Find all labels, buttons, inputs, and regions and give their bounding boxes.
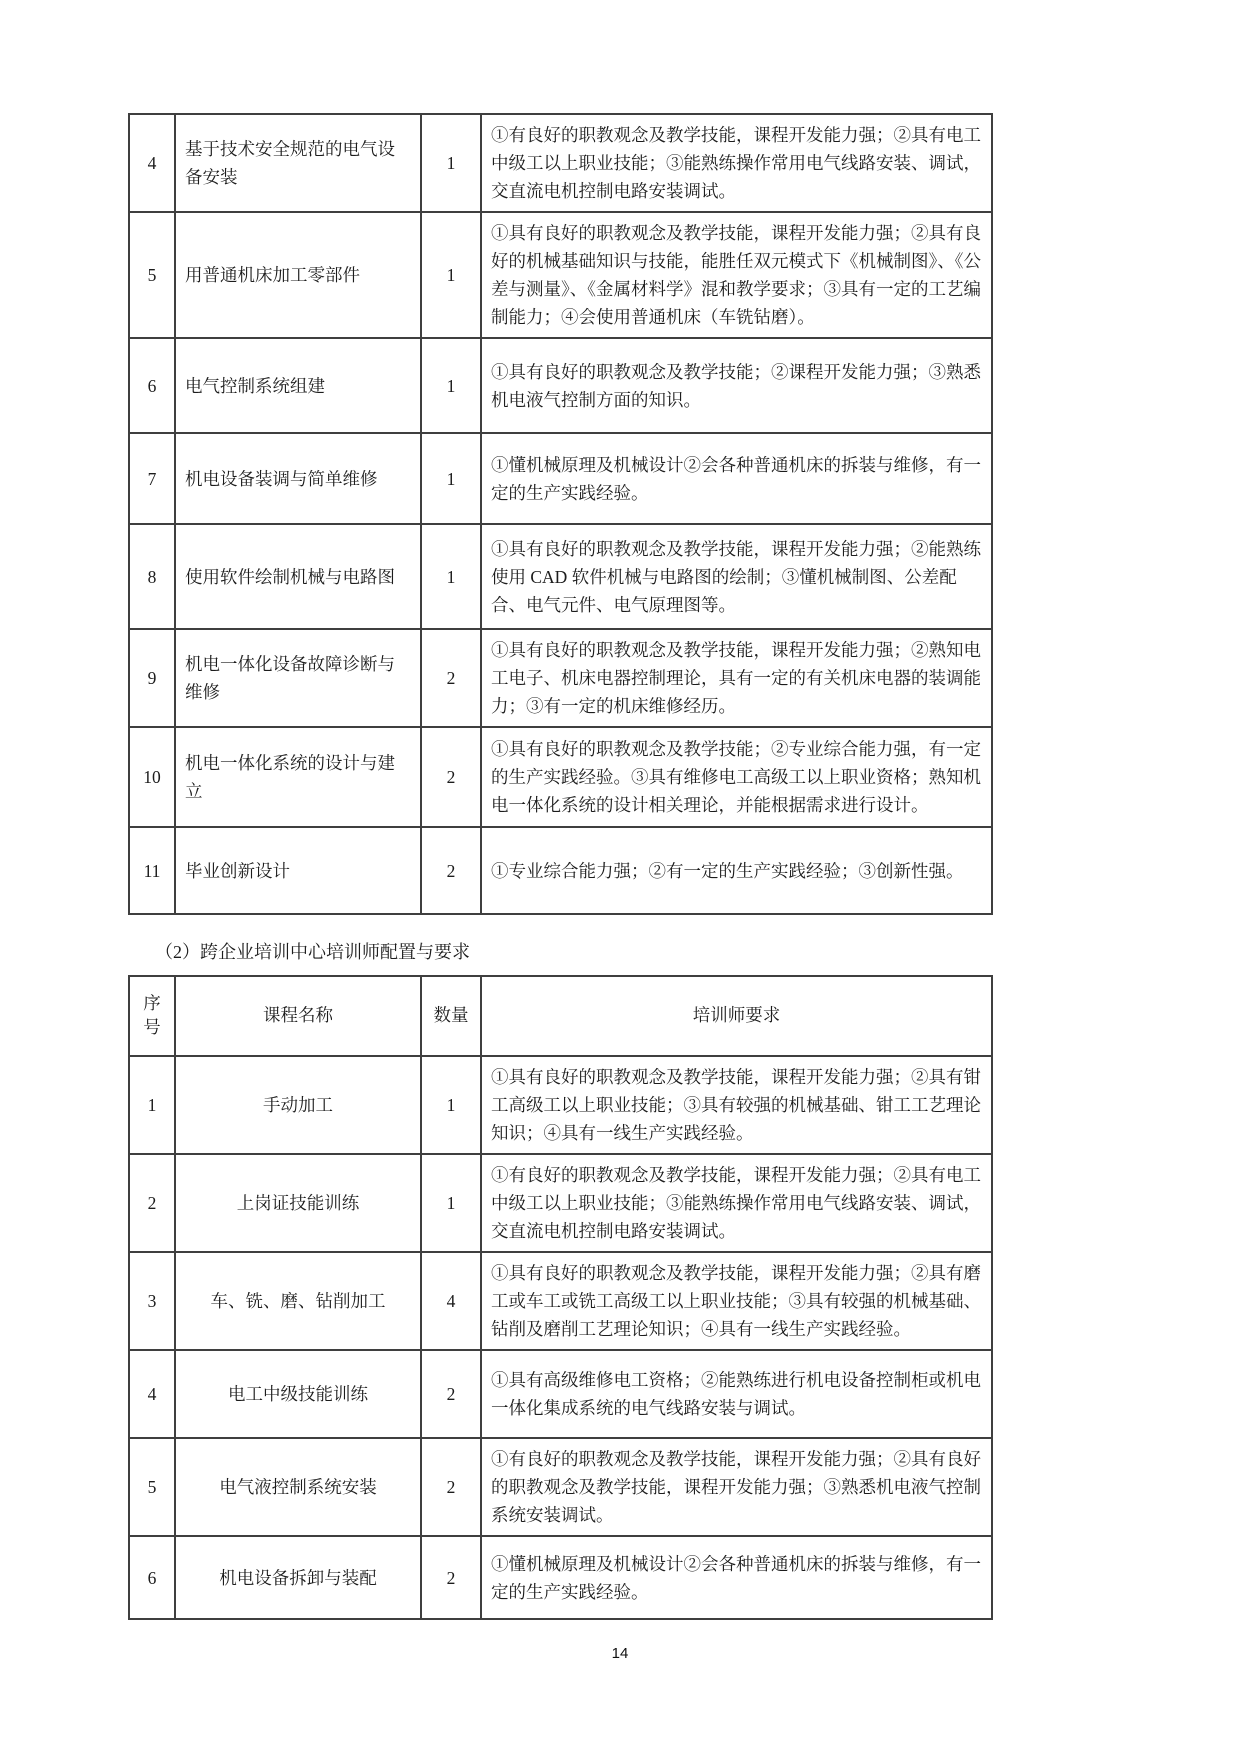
row-serial-number: 4 xyxy=(129,114,175,212)
course-name: 电工中级技能训练 xyxy=(175,1350,421,1438)
course-name: 机电设备拆卸与装配 xyxy=(175,1536,421,1619)
course-name: 上岗证技能训练 xyxy=(175,1154,421,1252)
trainer-requirements: ①具有良好的职教观念及教学技能；②专业综合能力强，有一定的生产实践经验。③具有维… xyxy=(481,727,992,827)
course-name: 机电一体化设备故障诊断与维修 xyxy=(175,629,421,727)
course-name: 车、铣、磨、钻削加工 xyxy=(175,1252,421,1350)
quantity: 1 xyxy=(421,433,481,524)
table-header-row: 序号 课程名称 数量 培训师要求 xyxy=(129,976,992,1056)
quantity: 1 xyxy=(421,524,481,629)
trainer-requirements: ①懂机械原理及机械设计②会各种普通机床的拆装与维修，有一定的生产实践经验。 xyxy=(481,433,992,524)
quantity: 4 xyxy=(421,1252,481,1350)
table-row: 6 机电设备拆卸与装配 2 ①懂机械原理及机械设计②会各种普通机床的拆装与维修，… xyxy=(129,1536,992,1619)
trainer-requirements: ①专业综合能力强；②有一定的生产实践经验；③创新性强。 xyxy=(481,827,992,914)
header-trainer-requirements: 培训师要求 xyxy=(481,976,992,1056)
instructor-requirements-table-continued: 4 基于技术安全规范的电气设备安装 1 ①有良好的职教观念及教学技能，课程开发能… xyxy=(128,113,993,915)
trainer-requirements: ①有良好的职教观念及教学技能，课程开发能力强；②具有良好的职教观念及教学技能，课… xyxy=(481,1438,992,1536)
quantity: 1 xyxy=(421,1154,481,1252)
section-heading: （2）跨企业培训中心培训师配置与要求 xyxy=(155,938,470,964)
row-serial-number: 6 xyxy=(129,338,175,433)
trainer-requirements: ①有良好的职教观念及教学技能，课程开发能力强；②具有电工中级工以上职业技能；③能… xyxy=(481,1154,992,1252)
quantity: 1 xyxy=(421,338,481,433)
trainer-requirements: ①具有良好的职教观念及教学技能；②课程开发能力强；③熟悉机电液气控制方面的知识。 xyxy=(481,338,992,433)
course-name: 用普通机床加工零部件 xyxy=(175,212,421,338)
course-name: 毕业创新设计 xyxy=(175,827,421,914)
quantity: 1 xyxy=(421,1056,481,1154)
course-name: 电气液控制系统安装 xyxy=(175,1438,421,1536)
row-serial-number: 6 xyxy=(129,1536,175,1619)
table-row: 1 手动加工 1 ①具有良好的职教观念及教学技能，课程开发能力强；②具有钳工高级… xyxy=(129,1056,992,1154)
quantity: 2 xyxy=(421,1350,481,1438)
quantity: 1 xyxy=(421,212,481,338)
course-name: 机电设备装调与简单维修 xyxy=(175,433,421,524)
quantity: 2 xyxy=(421,727,481,827)
row-serial-number: 9 xyxy=(129,629,175,727)
row-serial-number: 5 xyxy=(129,212,175,338)
table-body: 1 手动加工 1 ①具有良好的职教观念及教学技能，课程开发能力强；②具有钳工高级… xyxy=(129,1056,992,1619)
table-row: 4 基于技术安全规范的电气设备安装 1 ①有良好的职教观念及教学技能，课程开发能… xyxy=(129,114,992,212)
row-serial-number: 2 xyxy=(129,1154,175,1252)
quantity: 1 xyxy=(421,114,481,212)
quantity: 2 xyxy=(421,629,481,727)
row-serial-number: 7 xyxy=(129,433,175,524)
row-serial-number: 4 xyxy=(129,1350,175,1438)
header-quantity: 数量 xyxy=(421,976,481,1056)
table-row: 3 车、铣、磨、钻削加工 4 ①具有良好的职教观念及教学技能，课程开发能力强；②… xyxy=(129,1252,992,1350)
table-row: 4 电工中级技能训练 2 ①具有高级维修电工资格；②能熟练进行机电设备控制柜或机… xyxy=(129,1350,992,1438)
row-serial-number: 1 xyxy=(129,1056,175,1154)
trainer-requirements: ①具有良好的职教观念及教学技能，课程开发能力强；②能熟练使用 CAD 软件机械与… xyxy=(481,524,992,629)
trainer-requirements: ①具有良好的职教观念及教学技能，课程开发能力强；②具有良好的机械基础知识与技能，… xyxy=(481,212,992,338)
table-row: 11 毕业创新设计 2 ①专业综合能力强；②有一定的生产实践经验；③创新性强。 xyxy=(129,827,992,914)
quantity: 2 xyxy=(421,827,481,914)
quantity: 2 xyxy=(421,1438,481,1536)
document-page: 4 基于技术安全规范的电气设备安装 1 ①有良好的职教观念及教学技能，课程开发能… xyxy=(0,0,1240,1754)
trainer-requirements: ①有良好的职教观念及教学技能，课程开发能力强；②具有电工中级工以上职业技能；③能… xyxy=(481,114,992,212)
table-row: 7 机电设备装调与简单维修 1 ①懂机械原理及机械设计②会各种普通机床的拆装与维… xyxy=(129,433,992,524)
course-name: 使用软件绘制机械与电路图 xyxy=(175,524,421,629)
trainer-requirements: ①懂机械原理及机械设计②会各种普通机床的拆装与维修，有一定的生产实践经验。 xyxy=(481,1536,992,1619)
course-name: 机电一体化系统的设计与建立 xyxy=(175,727,421,827)
header-course-name: 课程名称 xyxy=(175,976,421,1056)
row-serial-number: 8 xyxy=(129,524,175,629)
course-name: 基于技术安全规范的电气设备安装 xyxy=(175,114,421,212)
row-serial-number: 5 xyxy=(129,1438,175,1536)
table-row: 6 电气控制系统组建 1 ①具有良好的职教观念及教学技能；②课程开发能力强；③熟… xyxy=(129,338,992,433)
course-name: 手动加工 xyxy=(175,1056,421,1154)
quantity: 2 xyxy=(421,1536,481,1619)
training-center-instructor-table: 序号 课程名称 数量 培训师要求 1 手动加工 1 ①具有良好的职教观念及教学技… xyxy=(128,975,993,1620)
table-row: 10 机电一体化系统的设计与建立 2 ①具有良好的职教观念及教学技能；②专业综合… xyxy=(129,727,992,827)
row-serial-number: 10 xyxy=(129,727,175,827)
trainer-requirements: ①具有良好的职教观念及教学技能，课程开发能力强；②熟知电工电子、机床电器控制理论… xyxy=(481,629,992,727)
table-row: 9 机电一体化设备故障诊断与维修 2 ①具有良好的职教观念及教学技能，课程开发能… xyxy=(129,629,992,727)
table-row: 5 用普通机床加工零部件 1 ①具有良好的职教观念及教学技能，课程开发能力强；②… xyxy=(129,212,992,338)
table-body: 4 基于技术安全规范的电气设备安装 1 ①有良好的职教观念及教学技能，课程开发能… xyxy=(129,114,992,914)
trainer-requirements: ①具有良好的职教观念及教学技能，课程开发能力强；②具有磨工或车工或铣工高级工以上… xyxy=(481,1252,992,1350)
trainer-requirements: ①具有高级维修电工资格；②能熟练进行机电设备控制柜或机电一体化集成系统的电气线路… xyxy=(481,1350,992,1438)
row-serial-number: 11 xyxy=(129,827,175,914)
trainer-requirements: ①具有良好的职教观念及教学技能，课程开发能力强；②具有钳工高级工以上职业技能；③… xyxy=(481,1056,992,1154)
header-serial-number: 序号 xyxy=(129,976,175,1056)
table-row: 2 上岗证技能训练 1 ①有良好的职教观念及教学技能，课程开发能力强；②具有电工… xyxy=(129,1154,992,1252)
row-serial-number: 3 xyxy=(129,1252,175,1350)
table-row: 8 使用软件绘制机械与电路图 1 ①具有良好的职教观念及教学技能，课程开发能力强… xyxy=(129,524,992,629)
table-row: 5 电气液控制系统安装 2 ①有良好的职教观念及教学技能，课程开发能力强；②具有… xyxy=(129,1438,992,1536)
course-name: 电气控制系统组建 xyxy=(175,338,421,433)
page-number: 14 xyxy=(0,1645,1240,1662)
